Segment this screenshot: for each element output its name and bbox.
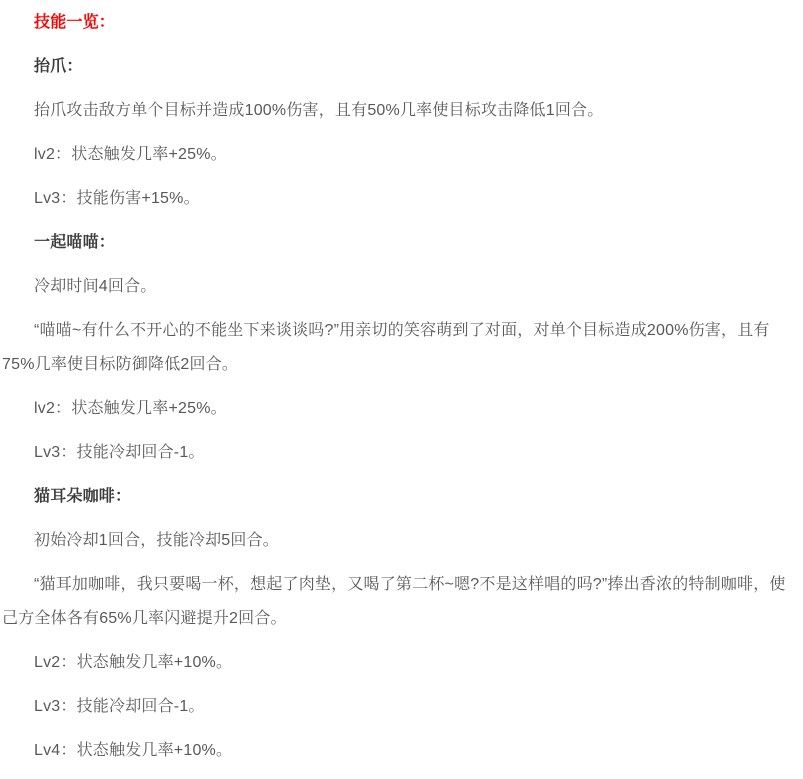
skill-section-maoerduo-kafei: 猫耳朵咖啡： 初始冷却1回合，技能冷却5回合。 “猫耳加咖啡，我只要喝一杯，想起… — [2, 480, 797, 768]
skill-level-line: Lv3：技能冷却回合-1。 — [2, 690, 797, 724]
skill-cooldown-line: 初始冷却1回合，技能冷却5回合。 — [2, 524, 797, 558]
skills-article: 技能一览： 抬爪： 抬爪攻击敌方单个目标并造成100%伤害，且有50%几率使目标… — [2, 6, 797, 768]
skill-name: 一起喵喵： — [2, 226, 797, 260]
skill-name: 抬爪： — [2, 50, 797, 84]
skill-level-line: Lv4：状态触发几率+10%。 — [2, 734, 797, 768]
skill-cooldown-line: 冷却时间4回合。 — [2, 270, 797, 304]
skill-section-yiqi-miaomiao: 一起喵喵： 冷却时间4回合。 “喵喵~有什么不开心的不能坐下来谈谈吗?”用亲切的… — [2, 226, 797, 470]
skill-level-line: lv2：状态触发几率+25%。 — [2, 392, 797, 426]
skill-level-line: Lv2：状态触发几率+10%。 — [2, 646, 797, 680]
skill-description: “猫耳加咖啡，我只要喝一杯，想起了肉垫，又喝了第二杯~嗯?不是这样唱的吗?”捧出… — [2, 568, 797, 636]
page-title: 技能一览： — [2, 6, 797, 40]
skill-level-line: lv2：状态触发几率+25%。 — [2, 138, 797, 172]
skill-section-taizhua: 抬爪： 抬爪攻击敌方单个目标并造成100%伤害，且有50%几率使目标攻击降低1回… — [2, 50, 797, 216]
skill-name: 猫耳朵咖啡： — [2, 480, 797, 514]
skill-level-line: Lv3：技能冷却回合-1。 — [2, 436, 797, 470]
skill-level-line: Lv3：技能伤害+15%。 — [2, 182, 797, 216]
skill-description: “喵喵~有什么不开心的不能坐下来谈谈吗?”用亲切的笑容萌到了对面，对单个目标造成… — [2, 314, 797, 382]
skill-description: 抬爪攻击敌方单个目标并造成100%伤害，且有50%几率使目标攻击降低1回合。 — [2, 94, 797, 128]
